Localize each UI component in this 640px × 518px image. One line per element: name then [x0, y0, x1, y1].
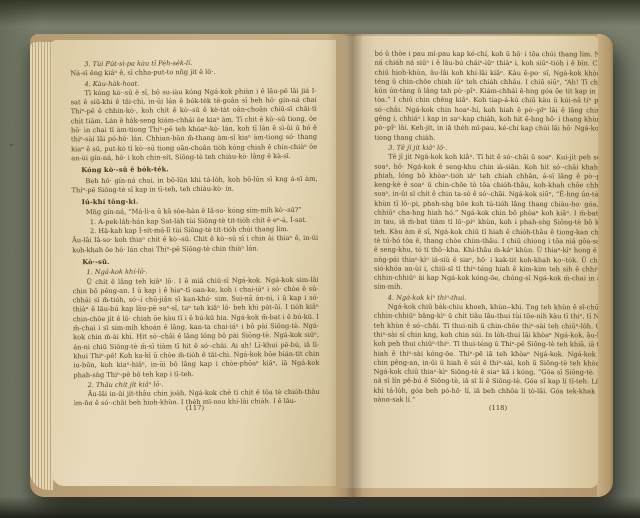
text-block: Tē jī ji̍t Ngá-kok koh kiâⁿ. Tī hit ê só… [374, 153, 598, 293]
left-page: 3. Tùi Pu̍t-sì-pa kàu tī Pe̍h-se̍k-lí.Ná… [52, 40, 350, 486]
page-number-right: (118) [374, 404, 598, 412]
page-edge-stack [30, 42, 54, 490]
text-block: Āu-lâi Iâ-so· koh thiaⁿ chi̍t ê kò·-sū. … [72, 234, 318, 255]
text-block: Ngá-kok chiū ba̍k-chiu khoeh, khùn--khì.… [373, 303, 598, 403]
right-page: bó ū thòe i pau mī-pau kap ké-chí, koh ū… [336, 36, 598, 488]
book-cover-edge [597, 34, 613, 497]
book: 3. Tùi Pu̍t-sì-pa kàu tī Pe̍h-se̍k-lí.Ná… [30, 34, 613, 497]
text-block: Tī kóng kò·-sū ê sî, bô su-iàu kóng Ngá-… [71, 87, 318, 164]
text-block: bó ū thòe i pau mī-pau kap ké-chí, koh ū… [374, 50, 598, 144]
page-number-left: (117) [72, 404, 318, 412]
dust-speck [10, 144, 13, 146]
text-block: Beh hō· gín-ná chai, in bô-lūn khì tá-lo… [71, 174, 317, 195]
photo-background: 3. Tùi Pu̍t-sì-pa kàu tī Pe̍h-se̍k-lí.Ná… [0, 0, 640, 518]
right-page-text: bó ū thòe i pau mī-pau kap ké-chí, koh ū… [373, 50, 598, 403]
left-page-text: 3. Tùi Pu̍t-sì-pa kàu tī Pe̍h-se̍k-lí.Ná… [70, 57, 320, 406]
text-block: Ū chi̍t ê lâng teh kiâⁿ lō·. I ê miâ chi… [72, 275, 319, 380]
text-block: Āu-lâi in-ūi ji̍t-thâu chin joa̍h, Ngá-k… [74, 388, 320, 405]
